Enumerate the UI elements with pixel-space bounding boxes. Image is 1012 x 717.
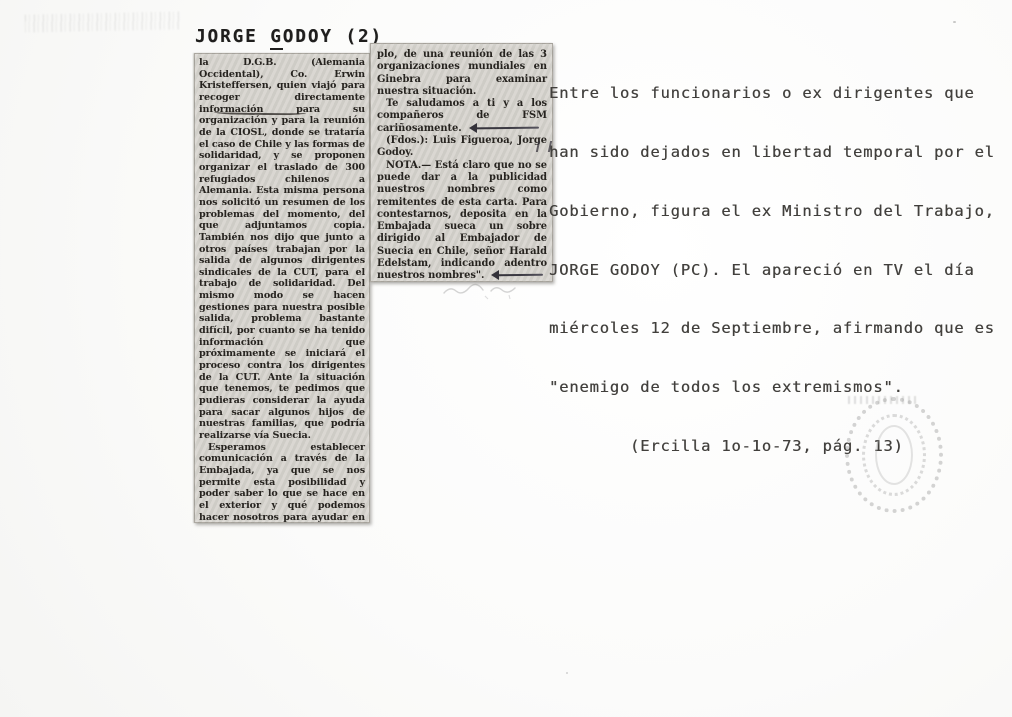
typed-line: han sido dejados en libertad temporal po… — [549, 143, 995, 163]
typed-annotation: Entre los funcionarios o ex dirigentes q… — [549, 45, 995, 476]
clipping-paragraph: la D.G.B. (Alemania Occidental), Co. Erw… — [199, 57, 365, 442]
scanned-page: { "heading": { "part1": "JORGE ", "under… — [0, 0, 1012, 717]
typed-line: Gobierno, figura el ex Ministro del Trab… — [549, 202, 995, 222]
pen-arrow-left-icon — [491, 271, 543, 280]
seal-core-ring — [875, 425, 913, 485]
clipping-signature: (Fdos.): Luis Figueroa, Jorge Godoy. — [377, 135, 547, 160]
page-title-part2: ODOY (2) — [283, 27, 383, 47]
clipping-paragraph: NOTA.— Está claro que no se puede dar a … — [377, 160, 547, 282]
typed-line: Entre los funcionarios o ex dirigentes q… — [549, 84, 995, 104]
clipping-paragraph: Esperamos establecer comunicación a trav… — [199, 442, 365, 523]
page-title-part1: JORGE — [195, 27, 270, 47]
newspaper-clipping-middle-column: plo, de una reunión de las 3 organizacio… — [370, 43, 553, 282]
typed-line: miércoles 12 de Septiembre, afirmando qu… — [549, 319, 995, 339]
pen-arrow-left-icon — [469, 124, 539, 133]
scan-speck — [566, 672, 568, 674]
typed-line: JORGE GODOY (PC). El apareció en TV el d… — [549, 261, 995, 281]
typed-line: "enemigo de todos los extremismos". — [549, 378, 995, 398]
embossed-seal-icon — [845, 397, 943, 513]
clipping-paragraph: Te saludamos a ti y a los compañeros de … — [377, 98, 547, 135]
scan-speck — [953, 21, 956, 23]
pencil-smudge — [25, 11, 180, 32]
page-title: JORGE GODOY (2) — [195, 27, 383, 47]
page-title-underlined-letter: G — [270, 27, 283, 50]
newspaper-clipping-left-column: la D.G.B. (Alemania Occidental), Co. Erw… — [194, 53, 370, 523]
clipping-paragraph: plo, de una reunión de las 3 organizacio… — [377, 49, 547, 98]
pencil-scribble — [441, 280, 537, 302]
